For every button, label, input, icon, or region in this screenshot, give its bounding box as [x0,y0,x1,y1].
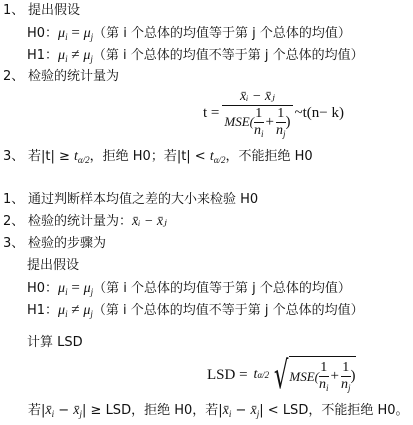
s1-h1: H1：μi ≠ μj（第 i 个总体的均值不等于第 j 个总体的均值） [27,46,364,68]
s2-item-2: 2、检验的统计量为：x̄ᵢ − x̄ⱼ [3,213,167,231]
calc-lsd-label: 计算 LSD [27,334,83,352]
t-statistic-formula: t = x̄ᵢ − x̄ⱼ MSE( 1ni + 1nj ) ~t(n− k) [203,88,344,138]
lsd-decision-rule: 若|x̄i − x̄j| ≥ LSD，拒绝 H0，若|x̄i − x̄j| < … [28,402,409,423]
s2-h1: H1：μi ≠ μj（第 i 个总体的均值不等于第 j 个总体的均值） [27,301,364,323]
s2-h0: H0：μi = μj（第 i 个总体的均值等于第 j 个总体的均值） [27,279,351,301]
lsd-formula: LSD = tα/2 √ MSE( 1ni + 1nj ) [207,353,356,397]
s1-item-2: 2、检验的统计量为 [3,68,119,86]
step-title: 提出假设 [27,257,79,275]
s1-item-1: 1、提出假设 [3,2,80,20]
item-label: 提出假设 [28,3,80,18]
s1-item-3: 3、若|t| ≥ tα/2，拒绝 H0；若|t| < tα/2，不能拒绝 H0 [3,148,313,169]
t-fraction: x̄ᵢ − x̄ⱼ MSE( 1ni + 1nj ) [222,88,292,139]
s2-item-3: 3、检验的步骤为 [3,235,106,253]
sqrt: √ MSE( 1ni + 1nj ) [269,356,355,394]
s2-item-1: 1、通过判断样本均值之差的大小来检验 H0 [3,191,258,209]
item-number: 1、 [3,2,28,20]
radical-icon: √ [274,356,289,394]
s1-h0: H0：μi = μj（第 i 个总体的均值等于第 j 个总体的均值） [27,24,351,46]
